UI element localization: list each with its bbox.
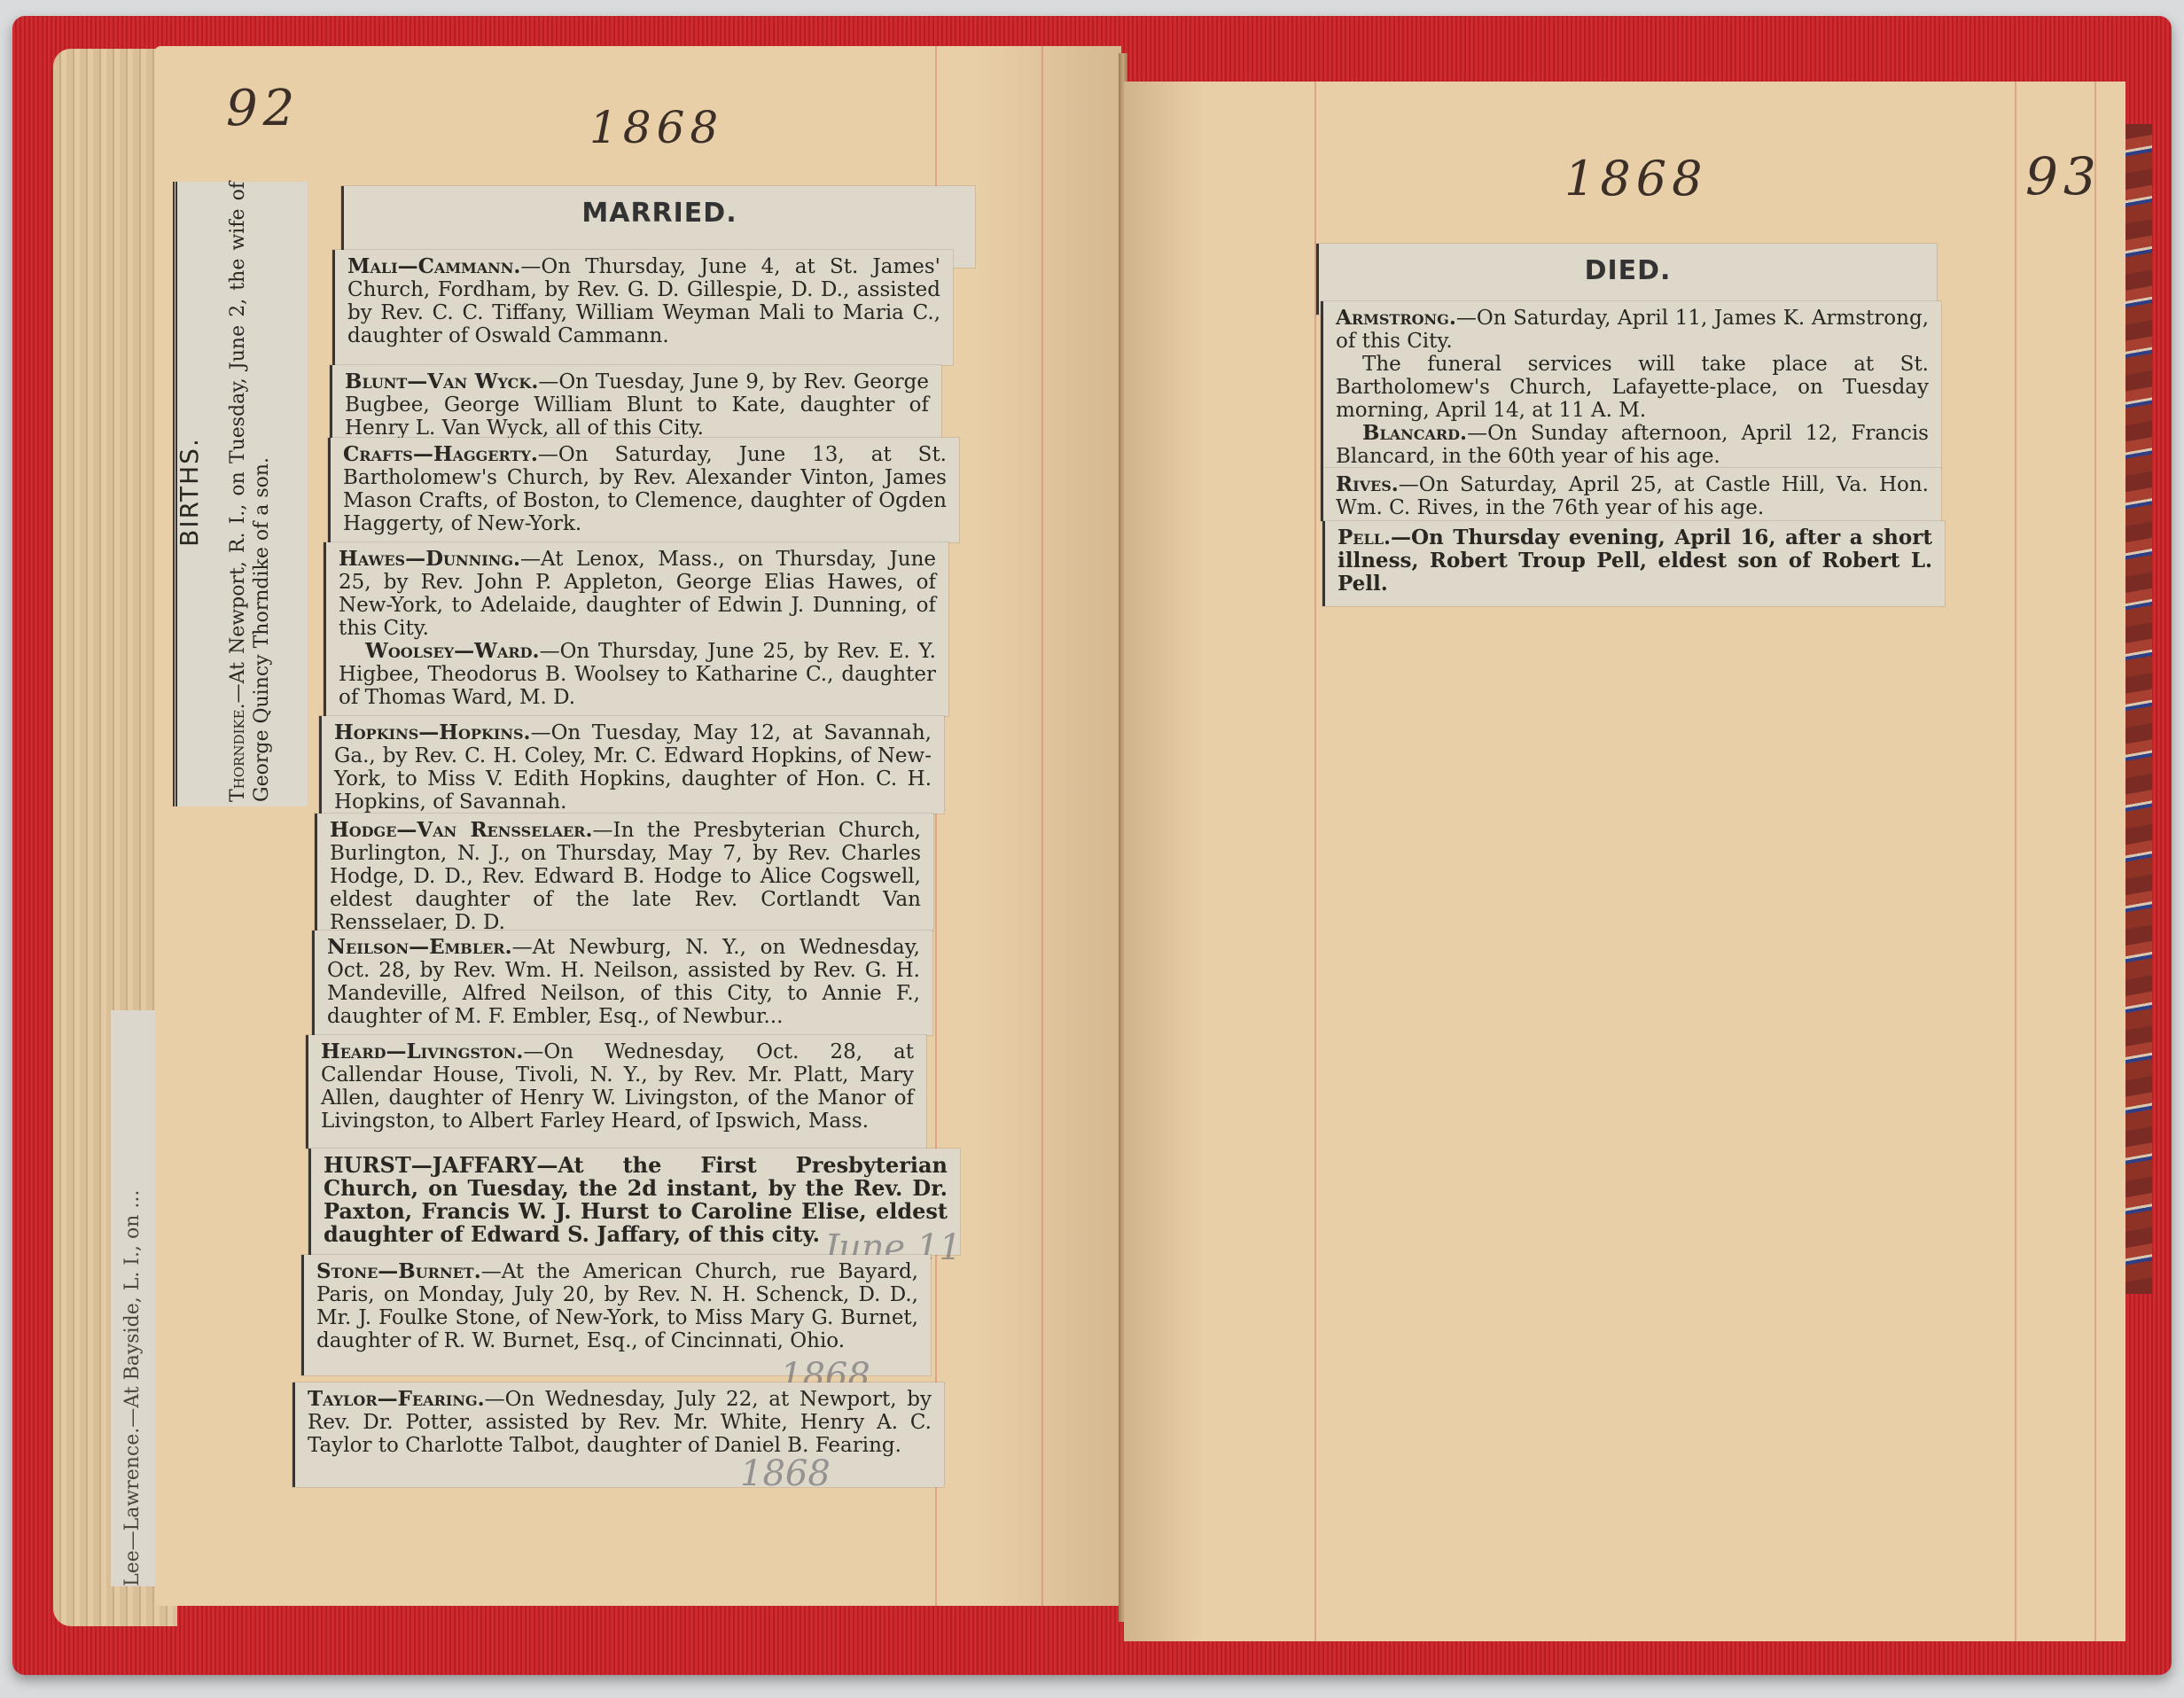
died-entry: Armstrong.—On Saturday, April 11, James … [1336,307,1929,353]
married-clipping: Hawes—Dunning.—At Lenox, Mass., on Thurs… [324,542,948,716]
died-entry: Pell.—On Thursday evening, April 16, aft… [1338,526,1932,596]
births-title: BIRTHS. [177,182,201,802]
entry-name: Hawes—Dunning. [339,547,520,571]
entry-name: Woolsey—Ward. [365,639,540,663]
margin-rule [1314,82,1316,1641]
entry-name: Heard—Livingston. [321,1040,523,1063]
edge-clipping-text: Lee—Lawrence.—At Bayside, L. I., on ... [111,1010,155,1586]
entry-name: Taylor—Fearing. [308,1387,485,1411]
married-clipping: Taylor—Fearing.—On Wednesday, July 22, a… [292,1383,944,1487]
page-number-left: 92 [226,80,300,137]
married-title: MARRIED. [581,198,737,229]
entry-name: Pell. [1338,526,1391,549]
died-clipping: Rives.—On Saturday, April 25, at Castle … [1321,468,1941,521]
year-right: 1868 [1564,151,1707,206]
married-entry: Stone—Burnet.—At the American Church, ru… [316,1260,918,1352]
page-number-right: 93 [2025,146,2102,206]
married-entry: Crafts—Haggerty.—On Saturday, June 13, a… [343,443,947,535]
married-clipping: Mali—Cammann.—On Thursday, June 4, at St… [332,250,953,365]
married-entry: Blunt—Van Wyck.—On Tuesday, June 9, by R… [345,370,929,440]
entry-name: Thorndike. [227,703,249,802]
married-clipping: Blunt—Van Wyck.—On Tuesday, June 9, by R… [330,365,941,438]
died-title: DIED. [1585,255,1672,286]
year-left: 1868 [589,102,723,153]
entry-name: Hodge—Van Rensselaer. [330,818,593,842]
entry-name: Mali—Cammann. [347,254,520,278]
entry-name: Stone—Burnet. [316,1259,481,1283]
entry-name: Blancard. [1362,421,1467,445]
died-clipping: Pell.—On Thursday evening, April 16, aft… [1322,521,1945,606]
entry-name: HURST—JAFFARY [324,1152,536,1178]
entry-name: Armstrong. [1336,306,1456,330]
pencil-annotation: 1868 [740,1453,831,1494]
entry-name: Hopkins—Hopkins. [334,720,531,744]
married-entry: Hodge—Van Rensselaer.—In the Presbyteria… [330,819,921,934]
married-clipping: Hodge—Van Rensselaer.—In the Presbyteria… [315,814,933,931]
entry-text: —On Saturday, April 25, at Castle Hill, … [1336,473,1929,519]
married-clipping: Neilson—Embler.—At Newburg, N. Y., on We… [312,931,932,1035]
births-clipping: BIRTHS. Thorndike.—At Newport, R. I., on… [173,182,308,806]
married-entry: Mali—Cammann.—On Thursday, June 4, at St… [347,255,940,347]
entry-name: Neilson—Embler. [327,935,512,959]
married-clipping: Crafts—Haggerty.—On Saturday, June 13, a… [328,438,959,542]
married-entry: Hawes—Dunning.—At Lenox, Mass., on Thurs… [339,548,936,640]
married-entry: Woolsey—Ward.—On Thursday, June 25, by R… [339,640,936,709]
entry-text: —On Thursday evening, April 16, after a … [1338,526,1932,596]
margin-rule [1041,46,1043,1606]
entry-name: Blunt—Van Wyck. [345,370,538,393]
entry-name: Crafts—Haggerty. [343,442,538,466]
edge-clipping: Lee—Lawrence.—At Bayside, L. I., on ... [111,1010,155,1586]
died-entry: The funeral services will take place at … [1336,353,1929,422]
married-entry: Neilson—Embler.—At Newburg, N. Y., on We… [327,936,920,1028]
died-clipping: Armstrong.—On Saturday, April 11, James … [1321,301,1941,468]
married-entry: Heard—Livingston.—On Wednesday, Oct. 28,… [321,1040,914,1133]
married-entry: Taylor—Fearing.—On Wednesday, July 22, a… [308,1388,932,1457]
margin-rule [2094,82,2096,1641]
margin-rule [2015,82,2016,1641]
births-entry: Thorndike.—At Newport, R. I., on Tuesday… [226,182,274,802]
entry-name: Rives. [1336,472,1399,496]
died-entry: Blancard.—On Sunday afternoon, April 12,… [1336,422,1929,468]
married-entry: Hopkins—Hopkins.—On Tuesday, May 12, at … [334,721,932,814]
married-clipping: Heard—Livingston.—On Wednesday, Oct. 28,… [306,1035,926,1149]
married-clipping: Hopkins—Hopkins.—On Tuesday, May 12, at … [319,716,944,814]
died-entry: Rives.—On Saturday, April 25, at Castle … [1336,473,1929,519]
entry-text: The funeral services will take place at … [1336,353,1929,422]
